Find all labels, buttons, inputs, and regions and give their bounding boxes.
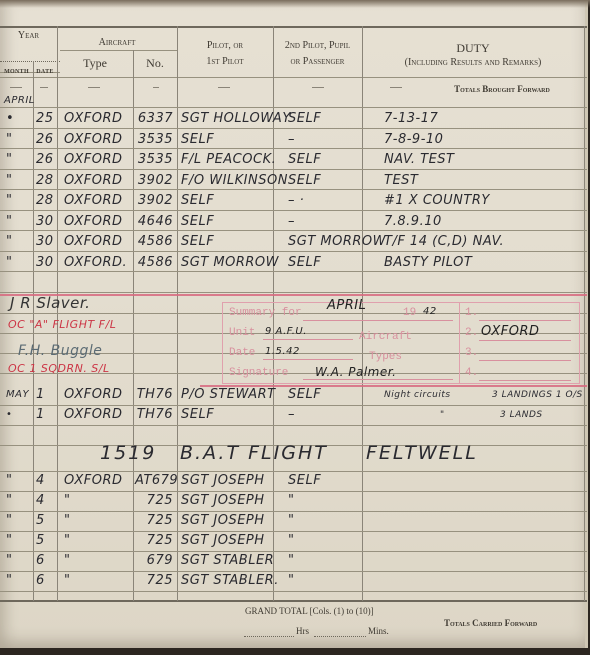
cell-month: " xyxy=(6,215,12,229)
type-number: 4. xyxy=(465,367,478,379)
signature-underline xyxy=(303,379,453,380)
summary-month: April xyxy=(327,299,366,313)
table-row: "4OxfordAT679Sgt JosephSelf xyxy=(0,472,584,493)
cell-month: May xyxy=(6,388,29,402)
cell-date: 26 xyxy=(36,153,54,167)
cell-pilot: F/L Peacock. xyxy=(181,153,276,167)
summary-for-underline xyxy=(303,320,453,321)
row-rule xyxy=(0,292,587,293)
table-bottom-border xyxy=(0,600,587,602)
cell-month: " xyxy=(6,133,12,147)
type-number: 3. xyxy=(465,347,478,359)
mins-label: Mins. xyxy=(368,626,389,636)
cell-no: 3902 xyxy=(135,174,173,188)
cell-month: • xyxy=(6,408,12,422)
dash xyxy=(10,87,22,88)
cell-pilot: Self xyxy=(181,133,214,147)
cell-second: Self xyxy=(288,474,321,488)
cell-type: " xyxy=(64,534,70,548)
monthly-summary-stamp: Summary for April 19 42 Unit 9 A.F.U. Ai… xyxy=(222,302,580,384)
cell-date: 25 xyxy=(36,112,54,126)
cell-second: " xyxy=(288,574,294,588)
cell-month: " xyxy=(6,194,12,208)
cell-duty-extra: 3 Lands xyxy=(500,408,543,422)
signature-squadron-commander: F.H. Buggle xyxy=(18,344,102,358)
table-top-border xyxy=(0,26,587,28)
header-aircraft: Aircraft xyxy=(57,37,177,49)
table-row: "28Oxford3902Self– ·#1 X Country xyxy=(0,192,584,213)
table-row: May1OxfordTH76P/O StewartSelfNight circu… xyxy=(0,386,584,407)
stamp-divider xyxy=(459,303,460,383)
header-pilot-line2: 1st Pilot xyxy=(177,56,273,68)
cell-second: Self xyxy=(288,256,321,270)
cell-no: AT679 xyxy=(135,474,173,488)
cell-type: Oxford. xyxy=(64,256,127,270)
cell-month: " xyxy=(6,534,12,548)
totals-brought-forward: Totals Brought Forward xyxy=(420,83,584,95)
grand-total-label: GRAND TOTAL [Cols. (1) to (10)] xyxy=(245,606,374,616)
cell-duty: Nav. Test xyxy=(384,153,454,167)
table-row: "6"725Sgt Stabler." xyxy=(0,572,584,593)
signature-value: W.A. Palmer. xyxy=(315,365,396,379)
dash xyxy=(153,87,159,88)
cell-no: 4646 xyxy=(135,215,173,229)
cell-second: Self xyxy=(288,153,321,167)
cell-date: 4 xyxy=(36,474,45,488)
cell-date: 30 xyxy=(36,256,54,270)
role-flight-commander: OC "A" Flight F/L xyxy=(8,318,116,332)
cell-type: Oxford xyxy=(64,474,123,488)
cell-type: Oxford xyxy=(64,112,123,126)
cell-month: " xyxy=(6,574,12,588)
cell-second: Self xyxy=(288,174,321,188)
header-duty-subtitle: (Including Results and Remarks) xyxy=(362,57,584,69)
date-value: 1.5.42 xyxy=(265,345,300,359)
summary-for-label: Summary for xyxy=(229,307,302,319)
cell-no: 4586 xyxy=(135,235,173,249)
cell-month: " xyxy=(6,474,12,488)
header-no: No. xyxy=(133,57,177,69)
summary-year-prefix: 19 xyxy=(403,307,416,319)
cell-date: 6 xyxy=(36,554,45,568)
unit-underline xyxy=(263,339,353,340)
summary-year: 42 xyxy=(423,305,437,319)
cell-date: 30 xyxy=(36,215,54,229)
year-dotted-line xyxy=(0,61,60,63)
cell-duty: T/F 14 (C,D) Nav. xyxy=(384,235,504,249)
type-number: 1. xyxy=(465,307,478,319)
dash xyxy=(40,87,48,88)
date-label: Date xyxy=(229,347,255,359)
totals-carried-forward: Totals Carried Forward xyxy=(444,618,537,628)
signature-label: Signature xyxy=(229,367,288,379)
cell-type: Oxford xyxy=(64,153,123,167)
cell-type: Oxford xyxy=(64,194,123,208)
unit-value: 9 A.F.U. xyxy=(265,325,307,339)
type-underline xyxy=(479,380,571,381)
header-month: MONTH xyxy=(0,66,33,78)
cell-type: Oxford xyxy=(64,235,123,249)
cell-second: – xyxy=(288,215,295,229)
cell-pilot: Sgt Joseph xyxy=(181,474,265,488)
table-row: "5"725Sgt Joseph" xyxy=(0,532,584,553)
aircraft-subheader-line xyxy=(60,50,178,51)
cell-date: 30 xyxy=(36,235,54,249)
type-value: Oxford xyxy=(481,325,540,339)
cell-type: Oxford xyxy=(64,408,123,422)
cell-no: 6337 xyxy=(135,112,173,126)
cell-second: " xyxy=(288,534,294,548)
table-row: "30Oxford4646Self–7.8.9.10 xyxy=(0,213,584,234)
aircraft-label: Aircraft xyxy=(359,331,412,343)
table-row: "30Oxford4586SelfSgt MorrowT/F 14 (C,D) … xyxy=(0,233,584,254)
table-row: "26Oxford3535Self–7-8-9-10 xyxy=(0,131,584,152)
cell-pilot: Sgt Morrow xyxy=(181,256,279,270)
cell-date: 1 xyxy=(36,388,45,402)
cell-date: 6 xyxy=(36,574,45,588)
header-bottom-line xyxy=(0,77,587,78)
cell-duty: " xyxy=(440,408,445,422)
cell-pilot: Sgt Stabler xyxy=(181,554,274,568)
table-row: •25Oxford6337Sgt HollowaySelf7-13-17 xyxy=(0,110,584,131)
type-underline xyxy=(479,320,571,321)
table-row: "30Oxford.4586Sgt MorrowSelfBasty Pilot xyxy=(0,254,584,275)
cell-date: 28 xyxy=(36,174,54,188)
table-row: "5"725Sgt Joseph" xyxy=(0,512,584,533)
header-second-line1: 2nd Pilot, Pupil xyxy=(273,40,362,52)
cell-no: 725 xyxy=(135,574,173,588)
cell-duty: 7-8-9-10 xyxy=(384,133,443,147)
signature-flight-commander: J R Slaver. xyxy=(10,296,90,310)
header-type: Type xyxy=(57,57,133,69)
cell-second: Self xyxy=(288,388,321,402)
cell-no: 725 xyxy=(135,494,173,508)
cell-pilot: Self xyxy=(181,194,214,208)
cell-duty: Test xyxy=(384,174,418,188)
table-row: "6"679Sgt Stabler" xyxy=(0,552,584,573)
cell-duty: #1 X Country xyxy=(384,194,490,208)
table-row: "4"725Sgt Joseph" xyxy=(0,492,584,513)
cell-month: " xyxy=(6,514,12,528)
dash xyxy=(88,87,100,88)
cell-month: " xyxy=(6,256,12,270)
page-edge-shadow xyxy=(0,0,590,8)
table-row: "26Oxford3535F/L Peacock.SelfNav. Test xyxy=(0,151,584,172)
cell-duty: Basty Pilot xyxy=(384,256,472,270)
section-unit: B.A.T Flight xyxy=(180,446,328,460)
cell-second: – xyxy=(288,133,295,147)
header-duty: DUTY xyxy=(362,42,584,54)
cell-pilot: Self xyxy=(181,235,214,249)
cell-type: Oxford xyxy=(64,215,123,229)
cell-no: TH76 xyxy=(135,388,173,402)
cell-second: – xyxy=(288,408,295,422)
section-location: Feltwell xyxy=(366,446,478,460)
dash xyxy=(218,87,230,88)
cell-month: " xyxy=(6,494,12,508)
cell-second: Sgt Morrow xyxy=(288,235,386,249)
cell-pilot: F/O Wilkinson xyxy=(181,174,288,188)
logbook-page: Year MONTH DATE Aircraft Type No. Pilot,… xyxy=(0,0,588,648)
dash xyxy=(390,87,402,88)
type-underline xyxy=(479,340,571,341)
dash xyxy=(312,87,324,88)
cell-pilot: Sgt Joseph xyxy=(181,534,265,548)
role-squadron-commander: OC 1 Sqdrn. S/L xyxy=(8,362,110,376)
cell-duty: 7.8.9.10 xyxy=(384,215,442,229)
cell-date: 5 xyxy=(36,534,45,548)
cell-duty: 7-13-17 xyxy=(384,112,438,126)
cell-date: 5 xyxy=(36,514,45,528)
cell-type: Oxford xyxy=(64,133,123,147)
cell-no: TH76 xyxy=(135,408,173,422)
cell-pilot: Sgt Stabler. xyxy=(181,574,279,588)
type-underline xyxy=(479,360,571,361)
cell-type: " xyxy=(64,514,70,528)
unit-label: Unit xyxy=(229,327,255,339)
types-label: Types xyxy=(369,351,402,363)
cell-month: " xyxy=(6,235,12,249)
cell-month: " xyxy=(6,554,12,568)
cell-no: 3535 xyxy=(135,133,173,147)
table-row: •1OxfordTH76Self–"3 Lands xyxy=(0,406,584,427)
cell-type: " xyxy=(64,554,70,568)
table-row: "28Oxford3902F/O WilkinsonSelfTest xyxy=(0,172,584,193)
cell-month: " xyxy=(6,153,12,167)
month-april: April xyxy=(4,94,35,108)
cell-second: " xyxy=(288,494,294,508)
cell-no: 725 xyxy=(135,514,173,528)
cell-type: Oxford xyxy=(64,174,123,188)
cell-second: " xyxy=(288,554,294,568)
cell-date: 1 xyxy=(36,408,45,422)
mins-blank xyxy=(314,628,366,637)
type-number: 2. xyxy=(465,327,478,339)
cell-pilot: Sgt Joseph xyxy=(181,514,265,528)
cell-month: " xyxy=(6,174,12,188)
cell-duty-extra: 3 Landings 1 O/S xyxy=(492,388,583,402)
cell-second: " xyxy=(288,514,294,528)
header-date: DATE xyxy=(33,66,57,78)
cell-date: 26 xyxy=(36,133,54,147)
red-rule-bottom xyxy=(200,385,587,387)
cell-month: • xyxy=(6,112,14,126)
cell-pilot: Self xyxy=(181,215,214,229)
header-pilot-line1: Pilot, or xyxy=(177,40,273,52)
cell-second: Self xyxy=(288,112,321,126)
cell-date: 28 xyxy=(36,194,54,208)
section-number: 1519 xyxy=(100,446,156,460)
cell-pilot: P/O Stewart xyxy=(181,388,276,402)
cell-type: " xyxy=(64,494,70,508)
cell-type: Oxford xyxy=(64,388,123,402)
cell-date: 4 xyxy=(36,494,45,508)
cell-no: 4586 xyxy=(135,256,173,270)
row-rule xyxy=(0,107,587,108)
cell-pilot: Self xyxy=(181,408,214,422)
cell-pilot: Sgt Joseph xyxy=(181,494,265,508)
cell-second: – · xyxy=(288,194,304,208)
header-second-line2: or Passenger xyxy=(273,56,362,68)
cell-duty: Night circuits xyxy=(384,388,451,402)
cell-type: " xyxy=(64,574,70,588)
cell-no: 3902 xyxy=(135,194,173,208)
header-year: Year xyxy=(0,30,57,42)
hrs-blank xyxy=(244,628,294,637)
cell-no: 679 xyxy=(135,554,173,568)
cell-pilot: Sgt Holloway xyxy=(181,112,291,126)
hrs-label: Hrs xyxy=(296,626,309,636)
cell-no: 3535 xyxy=(135,153,173,167)
date-underline xyxy=(263,359,353,360)
cell-no: 725 xyxy=(135,534,173,548)
